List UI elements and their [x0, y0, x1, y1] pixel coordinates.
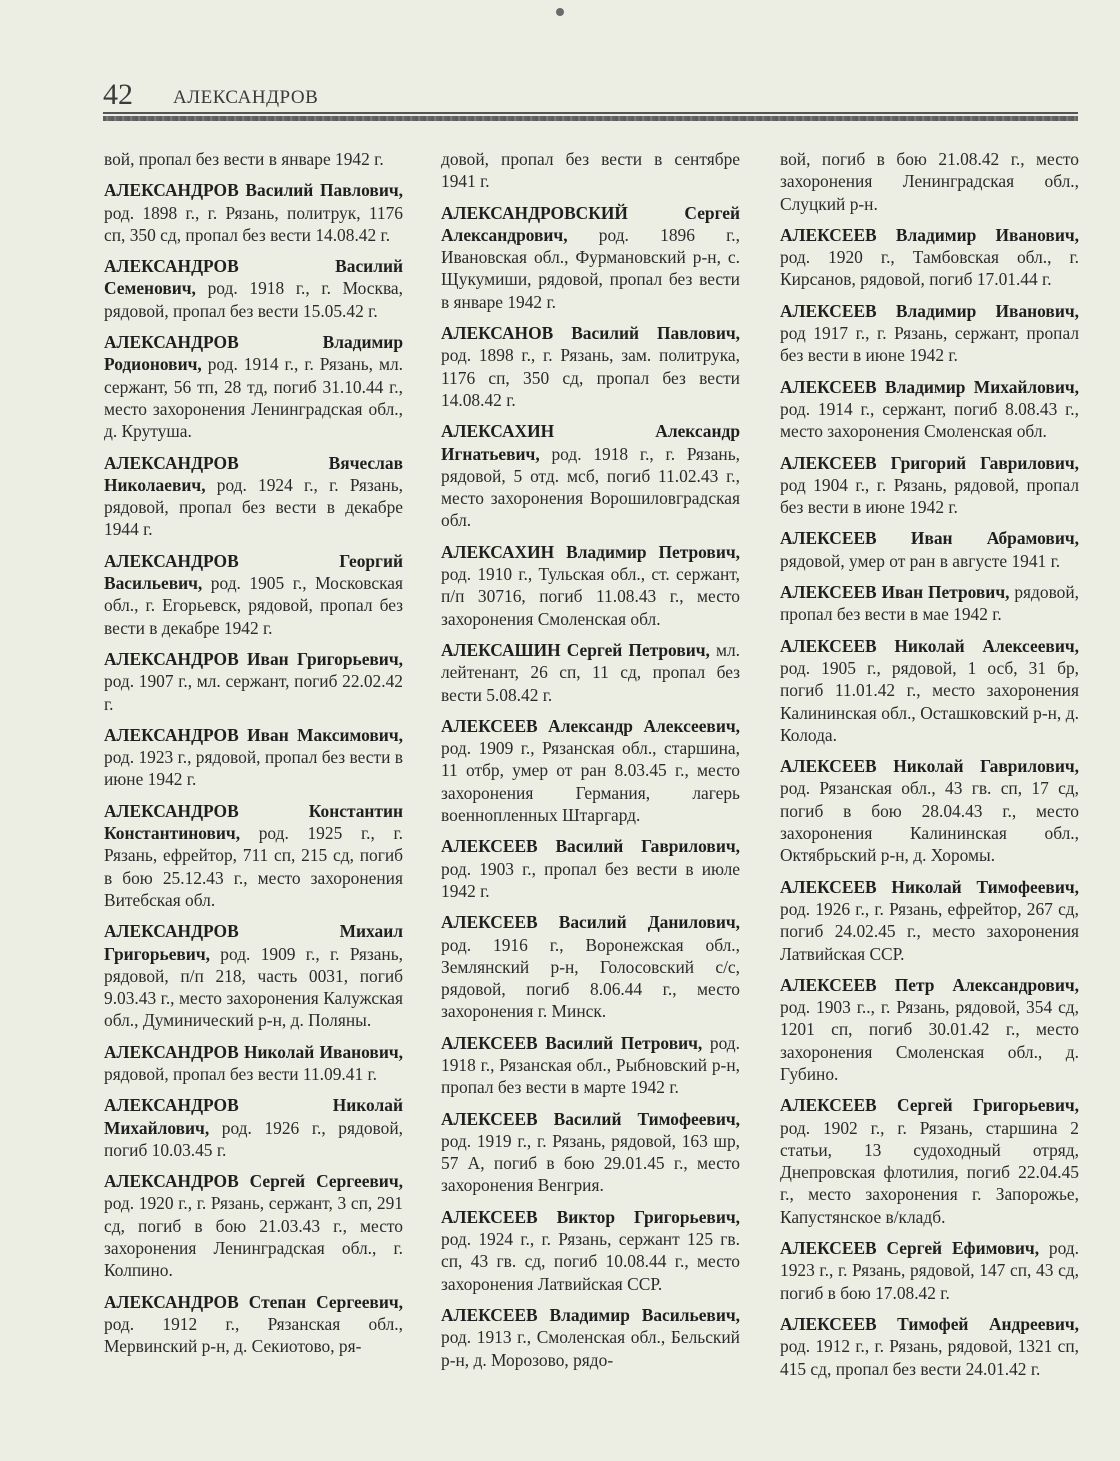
entry-text: род 1904 г., г. Рязань, рядовой, пропал …	[780, 475, 1079, 517]
entry-text: род. 1926 г., г. Рязань, ефрейтор, 267 с…	[780, 899, 1079, 964]
entry-name: АЛЕКСАНДРОВ Василий Павлович,	[104, 180, 403, 200]
header-rule-thick	[103, 116, 1078, 121]
column-1: вой, пропал без вести в январе 1942 г.АЛ…	[104, 148, 403, 1367]
entry-text: род. 1924 г., г. Рязань, сержант 125 гв.…	[441, 1229, 740, 1294]
entry: АЛЕКСЕЕВ Владимир Иванович, род 1917 г.,…	[780, 300, 1079, 367]
entry: АЛЕКСЕЕВ Петр Александрович, род. 1903 г…	[780, 974, 1079, 1085]
entry: АЛЕКСАНДРОВ Василий Семенович, род. 1918…	[104, 255, 403, 322]
entry: АЛЕКСАНДРОВ Владимир Родионович, род. 19…	[104, 331, 403, 442]
entry-name: АЛЕКСЕЕВ Василий Тимофеевич,	[441, 1109, 740, 1129]
entry-name: АЛЕКСЕЕВ Николай Гаврилович,	[780, 756, 1079, 776]
entry: АЛЕКСЕЕВ Григорий Гаврилович, род 1904 г…	[780, 452, 1079, 519]
entry-text: род. 1903 г.., г. Рязань, рядовой, 354 с…	[780, 997, 1079, 1084]
entry-name: АЛЕКСЕЕВ Тимофей Андреевич,	[780, 1314, 1079, 1334]
column-2: довой, пропал без вести в сентябре 1941 …	[441, 148, 740, 1380]
entry-text: род. 1912 г., г. Рязань, рядовой, 1321 с…	[780, 1336, 1079, 1378]
entry-name: АЛЕКСЕЕВ Николай Тимофеевич,	[780, 877, 1079, 897]
entry: АЛЕКСАНОВ Василий Павлович, род. 1898 г.…	[441, 322, 740, 411]
entry: АЛЕКСЕЕВ Василий Данилович, род. 1916 г.…	[441, 911, 740, 1022]
entry: АЛЕКСАНДРОВ Василий Павлович, род. 1898 …	[104, 179, 403, 246]
entry-name: АЛЕКСАНДРОВ Иван Григорьевич,	[104, 649, 403, 669]
entry-text: род 1917 г., г. Рязань, сержант, пропал …	[780, 323, 1079, 365]
entry: АЛЕКСЕЕВ Николай Алексеевич, род. 1905 г…	[780, 635, 1079, 746]
page-number: 42	[103, 78, 133, 112]
entry: АЛЕКСЕЕВ Александр Алексеевич, род. 1909…	[441, 715, 740, 826]
column-3: вой, погиб в бою 21.08.42 г., место захо…	[780, 148, 1079, 1389]
entry-name: АЛЕКСЕЕВ Петр Александрович,	[780, 975, 1079, 995]
entry-name: АЛЕКСЕЕВ Василий Петрович,	[441, 1033, 702, 1053]
entry: АЛЕКСЕЕВ Николай Тимофеевич, род. 1926 г…	[780, 876, 1079, 965]
entry-text: довой, пропал без вести в сентябре 1941 …	[441, 149, 740, 191]
entry: АЛЕКСЕЕВ Тимофей Андреевич, род. 1912 г.…	[780, 1313, 1079, 1380]
entry: АЛЕКСЕЕВ Николай Гаврилович, род. Рязанс…	[780, 755, 1079, 866]
running-title: АЛЕКСАНДРОВ	[173, 87, 318, 109]
entry-name: АЛЕКСЕЕВ Виктор Григорьевич,	[441, 1207, 740, 1227]
entry-name: АЛЕКСЕЕВ Александр Алексеевич,	[441, 716, 740, 736]
entry-name: АЛЕКСЕЕВ Николай Алексеевич,	[780, 636, 1079, 656]
entry: АЛЕКСАШИН Сергей Петрович, мл. лейтенант…	[441, 639, 740, 706]
entry-text: род. 1913 г., Смоленская обл., Бельский …	[441, 1327, 740, 1369]
entry-name: АЛЕКСЕЕВ Владимир Иванович,	[780, 225, 1079, 245]
entry-text: род. 1898 г., г. Рязань, политрук, 1176 …	[104, 203, 403, 245]
entry-name: АЛЕКСЕЕВ Сергей Григорьевич,	[780, 1095, 1079, 1115]
entry-text: рядовой, умер от ран в августе 1941 г.	[780, 551, 1060, 571]
entry: довой, пропал без вести в сентябре 1941 …	[441, 148, 740, 193]
page-speck	[556, 8, 564, 16]
entry-text: род. 1902 г., г. Рязань, старшина 2 стат…	[780, 1118, 1079, 1227]
entry-text: род. 1907 г., мл. сержант, погиб 22.02.4…	[104, 671, 403, 713]
page-header: 42 АЛЕКСАНДРОВ	[103, 78, 1078, 118]
entry-name: АЛЕКСЕЕВ Василий Гаврилович,	[441, 836, 740, 856]
entry-name: АЛЕКСАШИН Сергей Петрович,	[441, 640, 710, 660]
entry: АЛЕКСАХИН Александр Игнатьевич, род. 191…	[441, 420, 740, 531]
entry-text: род. 1910 г., Тульская обл., ст. сержант…	[441, 564, 740, 629]
entry-name: АЛЕКСЕЕВ Сергей Ефимович,	[780, 1238, 1039, 1258]
entry-name: АЛЕКСЕЕВ Василий Данилович,	[441, 912, 740, 932]
entry: АЛЕКСАХИН Владимир Петрович, род. 1910 г…	[441, 541, 740, 630]
entry-text: род. 1923 г., рядовой, пропал без вести …	[104, 747, 403, 789]
entry-text: род. 1903 г., пропал без вести в июле 19…	[441, 859, 740, 901]
entry: АЛЕКСЕЕВ Сергей Ефимович, род. 1923 г., …	[780, 1237, 1079, 1304]
entry: АЛЕКСЕЕВ Владимир Иванович, род. 1920 г.…	[780, 224, 1079, 291]
entry: АЛЕКСАНДРОВСКИЙ Сергей Александрович, ро…	[441, 202, 740, 313]
text-columns: вой, пропал без вести в январе 1942 г.АЛ…	[104, 148, 1079, 1388]
entry: АЛЕКСАНДРОВ Николай Михайлович, род. 192…	[104, 1094, 403, 1161]
entry: АЛЕКСЕЕВ Сергей Григорьевич, род. 1902 г…	[780, 1094, 1079, 1228]
entry: АЛЕКСАНДРОВ Сергей Сергеевич, род. 1920 …	[104, 1170, 403, 1281]
entry-name: АЛЕКСЕЕВ Иван Абрамович,	[780, 528, 1079, 548]
entry-name: АЛЕКСЕЕВ Владимир Васильевич,	[441, 1305, 740, 1325]
entry: АЛЕКСАНДРОВ Иван Максимович, род. 1923 г…	[104, 724, 403, 791]
entry-text: род. 1909 г., Рязанская обл., старшина, …	[441, 738, 740, 825]
entry: АЛЕКСАНДРОВ Вячеслав Николаевич, род. 19…	[104, 452, 403, 541]
entry-text: вой, погиб в бою 21.08.42 г., место захо…	[780, 149, 1079, 214]
entry-text: род. 1912 г., Рязанская обл., Мервинский…	[104, 1314, 403, 1356]
entry-name: АЛЕКСАНДРОВ Сергей Сергеевич,	[104, 1171, 403, 1191]
entry: АЛЕКСЕЕВ Василий Гаврилович, род. 1903 г…	[441, 835, 740, 902]
entry-name: АЛЕКСЕЕВ Иван Петрович,	[780, 582, 1009, 602]
entry-name: АЛЕКСАНОВ Василий Павлович,	[441, 323, 740, 343]
entry: АЛЕКСАНДРОВ Константин Константинович, р…	[104, 800, 403, 911]
entry: АЛЕКСЕЕВ Иван Петрович, рядовой, пропал …	[780, 581, 1079, 626]
entry: АЛЕКСАНДРОВ Иван Григорьевич, род. 1907 …	[104, 648, 403, 715]
entry-name: АЛЕКСАНДРОВ Степан Сергеевич,	[104, 1292, 403, 1312]
entry: АЛЕКСАНДРОВ Степан Сергеевич, род. 1912 …	[104, 1291, 403, 1358]
entry: АЛЕКСАНДРОВ Николай Иванович, рядовой, п…	[104, 1041, 403, 1086]
entry-text: род. 1914 г., сержант, погиб 8.08.43 г.,…	[780, 399, 1079, 441]
entry: АЛЕКСАНДРОВ Михаил Григорьевич, род. 190…	[104, 920, 403, 1031]
entry-text: род. 1920 г., Тамбовская обл., г. Кирсан…	[780, 247, 1079, 289]
entry: АЛЕКСЕЕВ Владимир Васильевич, род. 1913 …	[441, 1304, 740, 1371]
entry-text: род. 1919 г., г. Рязань, рядовой, 163 шр…	[441, 1131, 740, 1196]
entry-text: род. 1898 г., г. Рязань, зам. политрука,…	[441, 345, 740, 410]
entry-text: род. 1916 г., Воронежская обл., Землянск…	[441, 935, 740, 1022]
entry-text: род. 1920 г., г. Рязань, сержант, 3 сп, …	[104, 1193, 403, 1280]
entry: АЛЕКСЕЕВ Владимир Михайлович, род. 1914 …	[780, 376, 1079, 443]
entry-name: АЛЕКСЕЕВ Григорий Гаврилович,	[780, 453, 1079, 473]
entry: АЛЕКСЕЕВ Василий Тимофеевич, род. 1919 г…	[441, 1108, 740, 1197]
entry: АЛЕКСАНДРОВ Георгий Васильевич, род. 190…	[104, 550, 403, 639]
entry-name: АЛЕКСЕЕВ Владимир Иванович,	[780, 301, 1079, 321]
entry: АЛЕКСЕЕВ Виктор Григорьевич, род. 1924 г…	[441, 1206, 740, 1295]
entry-name: АЛЕКСЕЕВ Владимир Михайлович,	[780, 377, 1079, 397]
entry-name: АЛЕКСАНДРОВ Иван Максимович,	[104, 725, 403, 745]
entry-name: АЛЕКСАХИН Владимир Петрович,	[441, 542, 740, 562]
entry: АЛЕКСЕЕВ Василий Петрович, род. 1918 г.,…	[441, 1032, 740, 1099]
entry-text: вой, пропал без вести в январе 1942 г.	[104, 149, 384, 169]
entry-text: рядовой, пропал без вести 11.09.41 г.	[104, 1064, 377, 1084]
entry: вой, пропал без вести в январе 1942 г.	[104, 148, 403, 170]
entry-text: род. Рязанская обл., 43 гв. сп, 17 сд, п…	[780, 778, 1079, 865]
header-rule-thin	[103, 112, 1078, 114]
entry-name: АЛЕКСАНДРОВ Николай Иванович,	[104, 1042, 403, 1062]
entry-text: род. 1905 г., рядовой, 1 осб, 31 бр, пог…	[780, 658, 1079, 745]
entry: вой, погиб в бою 21.08.42 г., место захо…	[780, 148, 1079, 215]
entry: АЛЕКСЕЕВ Иван Абрамович, рядовой, умер о…	[780, 527, 1079, 572]
